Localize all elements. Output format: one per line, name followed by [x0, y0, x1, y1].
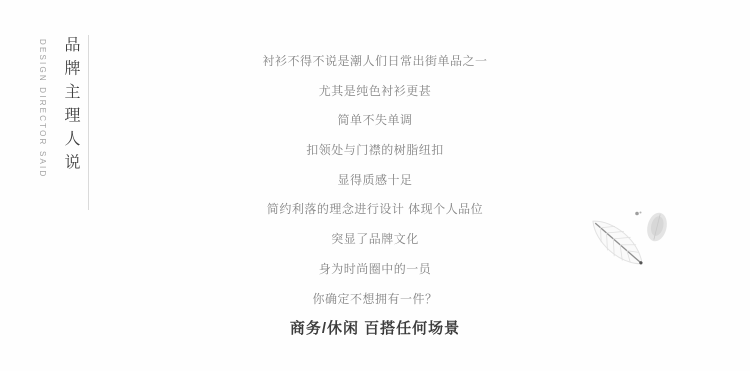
- leaf-watermark-decoration: [580, 200, 680, 280]
- description-line: 尤其是纯色衬衫更甚: [0, 77, 750, 107]
- tagline: 商务/休闲 百搭任何场景: [0, 314, 750, 344]
- description-line: 你确定不想拥有一件？: [0, 285, 750, 315]
- leaf-icon: [580, 200, 680, 280]
- description-text-block: 衬衫不得不说是潮人们日常出街单品之一 尤其是纯色衬衫更甚 简单不失单调 扣领处与…: [0, 47, 750, 344]
- description-line: 显得质感十足: [0, 166, 750, 196]
- description-line: 衬衫不得不说是潮人们日常出街单品之一: [0, 47, 750, 77]
- product-description-page: DESIGN DIRECTOR SAID 品牌主理人说 衬衫不得不说是潮人们日常…: [0, 0, 750, 371]
- description-line: 扣领处与门襟的树脂纽扣: [0, 136, 750, 166]
- description-line: 简单不失单调: [0, 106, 750, 136]
